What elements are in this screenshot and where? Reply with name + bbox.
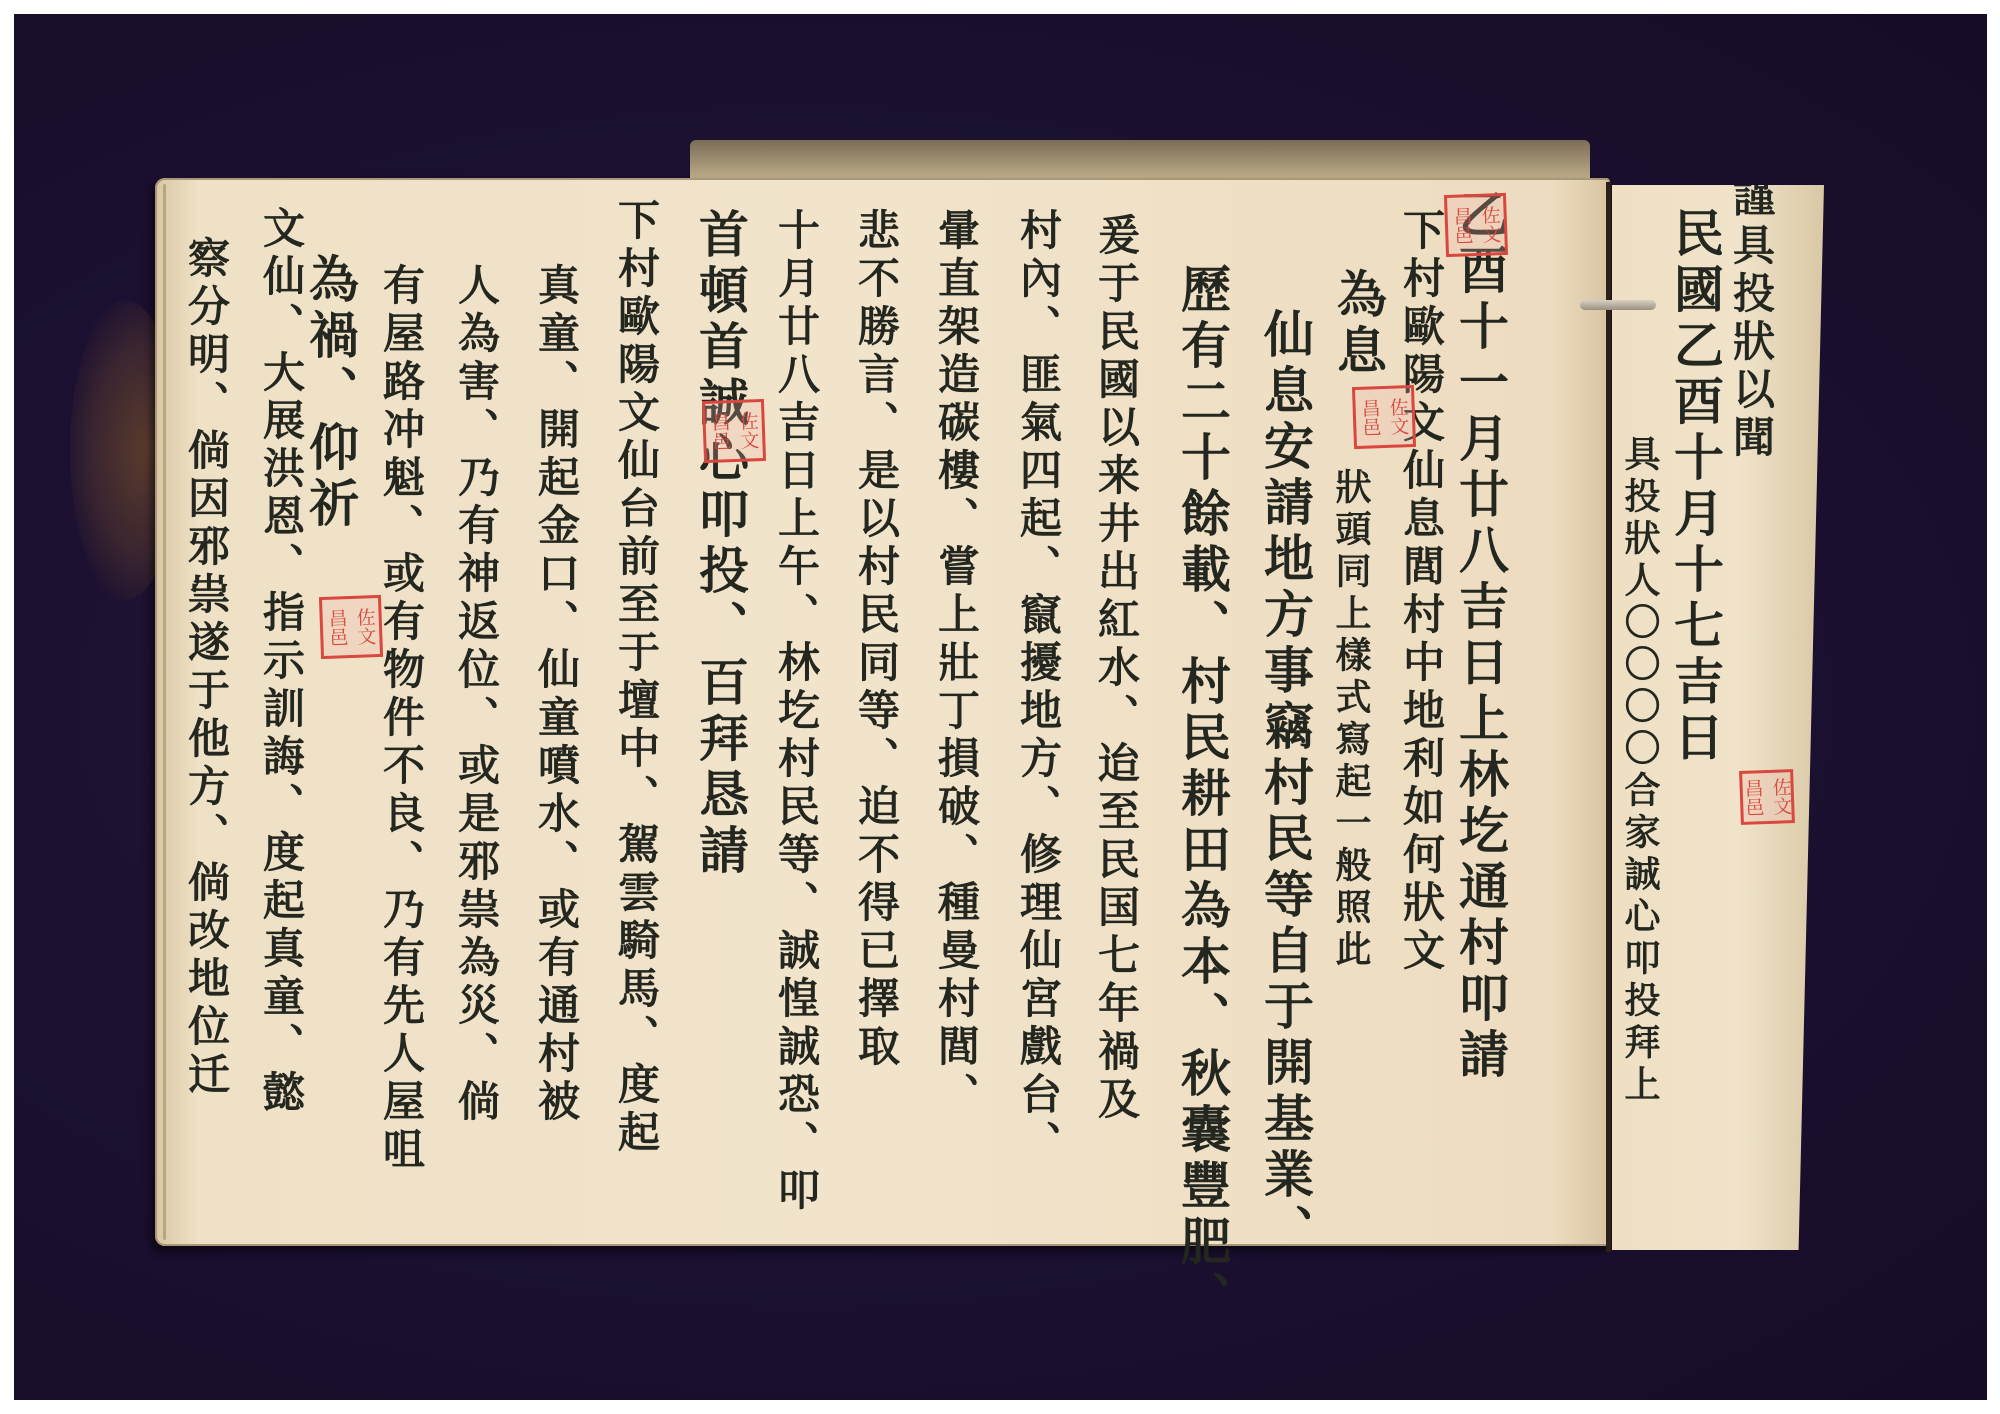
right-manuscript-page: 謹具投狀以聞 民國乙酉十月十七吉日 具投狀人〇〇〇〇合家誠心叩投拜上 佐文昌邑 [1612, 185, 1824, 1250]
column-1: 乙酉十一月廿八吉日上林圪通村叩請 [1455, 188, 1505, 1084]
column-12: 下村歐陽文仙台前至于壇中、駕雲騎馬、度起 [615, 198, 657, 1158]
column-16: 為禍、仰祈 [305, 253, 355, 533]
column-6: 爰于民國以来井出紅水、迨至民国七年禍及 [1095, 213, 1137, 1125]
red-seal-stamp: 佐文昌邑 [319, 595, 383, 659]
column-18: 察分明、倘因邪祟遂于他方、倘改地位迁 [185, 236, 227, 1100]
closing-date-column: 民國乙酉十月十七吉日 [1670, 207, 1720, 767]
binding-thread [1580, 300, 1656, 310]
column-10: 十月廿八吉日上午、林圪村民等、誠惶誠恐、叩 [775, 208, 817, 1216]
column-2-note: 狀頭同上樣式寫起一般照此 [1333, 468, 1369, 972]
column-4: 仙息安請地方事竊村民等自于開基業、 [1260, 308, 1310, 1260]
binding-gutter [1606, 182, 1611, 1252]
red-seal-stamp: 佐文昌邑 [702, 399, 766, 463]
closing-column-1: 謹具投狀以聞 [1730, 175, 1772, 463]
column-15: 有屋路冲魁、或有物件不良、乃有先人屋咀 [380, 263, 422, 1175]
underlying-page-edge [690, 140, 1590, 180]
column-14: 人為害、乃有神返位、或是邪祟為災、倘 [455, 263, 497, 1127]
red-seal-stamp: 佐文昌邑 [1444, 193, 1508, 257]
red-seal-stamp: 佐文昌邑 [1352, 385, 1416, 449]
red-seal-stamp: 佐文昌邑 [1739, 769, 1795, 825]
column-5: 歷有二十餘載、村民耕田為本、秋囊豐肥、 [1177, 263, 1227, 1327]
main-manuscript-page: 乙酉十一月廿八吉日上林圪通村叩請 下村歐陽文仙息閭村中地利如何狀文 狀頭同上樣式… [155, 178, 1610, 1246]
column-2: 下村歐陽文仙息閭村中地利如何狀文 [1400, 208, 1442, 976]
column-3: 為息 [1333, 268, 1383, 380]
column-7: 村內、匪氣四起、竄擾地方、修理仙宮戲台、 [1017, 208, 1059, 1168]
closing-signature-column: 具投狀人〇〇〇〇合家誠心叩投拜上 [1622, 435, 1658, 1107]
column-8: 暈直架造碳樓、嘗上壯丁損破、種曼村閭、 [935, 208, 977, 1120]
column-17: 文仙、大展洪恩、指示訓誨、度起真童、懿 [260, 206, 302, 1118]
column-11: 首頓首誠心叩投、百拜恳請 [695, 208, 745, 880]
column-13: 真童、開起金口、仙童噴水、或有通村被 [535, 263, 577, 1127]
column-9: 悲不勝言、是以村民同等、迫不得已擇取 [855, 208, 897, 1072]
